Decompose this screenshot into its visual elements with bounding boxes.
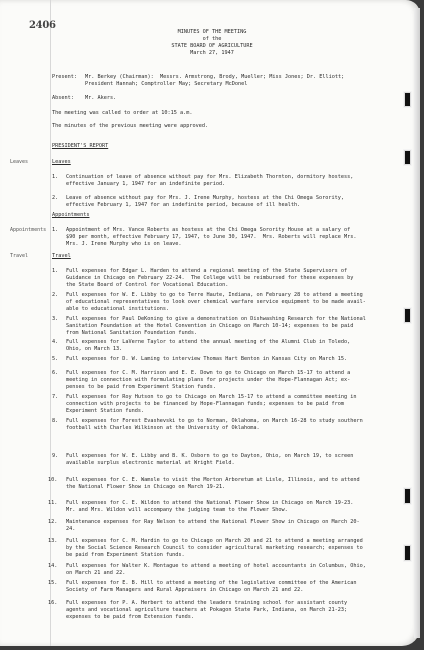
item-text-line: able to educational institutions. <box>66 306 169 313</box>
item-number: 1. <box>52 174 58 180</box>
item-text-line: effective January 1, 1947 for an indefin… <box>66 181 225 188</box>
item-text-line: football with Charles Wilkinson at the U… <box>66 425 260 432</box>
item-text-line: Full expenses for E. B. Hill to attend a… <box>66 580 356 587</box>
item-text-line: expenses to be paid from Extension funds… <box>66 614 194 621</box>
document-title: MINUTES OF THE MEETING of the STATE BOAR… <box>0 29 424 57</box>
item-number: 1. <box>52 268 58 274</box>
margin-label-leaves: Leaves <box>10 159 28 165</box>
tab-marker <box>404 545 411 561</box>
meeting-date: March 27, 1947 <box>0 50 424 57</box>
present-label: Present: <box>52 74 77 81</box>
item-number: 1. <box>52 227 58 233</box>
item-text-line: Sanitation Foundation at the Hotel Conve… <box>66 323 353 330</box>
item-text-line: Full expenses for W. E. Libby to go to T… <box>66 292 363 299</box>
item-text-line: by the Social Science Research Council t… <box>66 545 363 552</box>
item-text-line: Full expenses for Forest Evashevski to g… <box>66 418 363 425</box>
item-number: 10. <box>48 477 57 483</box>
item-number: 11. <box>48 500 57 506</box>
item-text-line: the State Board of Control for Vocationa… <box>66 282 228 289</box>
present-line-2: President Hannah; Comptroller May; Secre… <box>85 81 247 88</box>
item-text-line: 24. <box>66 526 75 533</box>
item-number: 6. <box>52 370 58 376</box>
tab-marker <box>404 488 411 504</box>
item-number: 14. <box>48 563 57 569</box>
item-number: 4. <box>52 339 58 345</box>
item-text-line: Full expenses for Paul DeKoning to give … <box>66 316 366 323</box>
item-text-line: on March 21 and 22. <box>66 570 125 577</box>
item-text-line: Guidance in Chicago on February 22-24. T… <box>66 275 353 282</box>
item-text-line: Mrs. J. Irene Murphy who is on leave. <box>66 241 182 248</box>
item-text-line: connection with projects to be financed … <box>66 401 344 408</box>
document-page: 2406 MINUTES OF THE MEETING of the STATE… <box>0 0 420 646</box>
margin-label-travel: Travel <box>10 253 28 259</box>
appointments-heading: Appointments <box>52 212 89 219</box>
item-number: 8. <box>52 418 58 424</box>
tab-marker <box>404 92 411 107</box>
tab-marker <box>404 308 411 323</box>
margin-rule <box>50 0 51 646</box>
item-text-line: Full expenses for W. E. Libby and B. K. … <box>66 453 353 460</box>
item-text-line: Full expenses for D. W. Laming to interv… <box>66 356 347 363</box>
page-edge-shadow <box>414 8 420 638</box>
item-text-line: Full expenses for P. A. Herbert to atten… <box>66 600 347 607</box>
leaves-heading: Leaves <box>52 159 71 166</box>
tab-marker <box>404 150 411 165</box>
item-text-line: Mr. and Mrs. Wildon will accompany the j… <box>66 507 288 514</box>
presidents-report-heading: PRESIDENT'S REPORT <box>52 143 108 150</box>
item-text-line: penses to be paid from Experiment Statio… <box>66 384 216 391</box>
item-text-line: Continuation of leave of absence without… <box>66 174 353 181</box>
item-text-line: Society of Farm Managers and Rural Appra… <box>66 587 303 594</box>
item-text-line: available surplus electronic material at… <box>66 460 235 467</box>
item-number: 15. <box>48 580 57 586</box>
item-text-line: Full expenses for C. M. Harrison and E. … <box>66 370 350 377</box>
minutes-approved: The minutes of the previous meeting were… <box>52 123 208 130</box>
margin-label-appointments: Appointments <box>10 227 46 233</box>
item-text-line: Full expenses for C. M. Hardin to go to … <box>66 538 363 545</box>
item-number: 7. <box>52 394 58 400</box>
item-text-line: Maintenance expenses for Ray Nelson to a… <box>66 519 360 526</box>
item-text-line: Full expenses for C. E. Wildon to attend… <box>66 500 353 507</box>
item-number: 13. <box>48 538 57 544</box>
item-text-line: Ohio, on March 13. <box>66 346 122 353</box>
item-number: 16. <box>48 600 57 606</box>
absent-value: Mr. Akers. <box>85 95 116 102</box>
item-text-line: Full expenses for Edgar L. Harden to att… <box>66 268 347 275</box>
item-text-line: from National Sanitation Foundation fund… <box>66 330 197 337</box>
title-line-1: MINUTES OF THE MEETING <box>0 29 424 36</box>
item-text-line: of educational representatives to look o… <box>66 299 366 306</box>
item-text-line: be paid from Experiment Station funds. <box>66 552 185 559</box>
travel-heading: Travel <box>52 253 71 260</box>
absent-label: Absent: <box>52 95 74 102</box>
title-line-2: of the <box>0 36 424 43</box>
item-number: 2. <box>52 292 58 298</box>
item-number: 12. <box>48 519 57 525</box>
item-text-line: Leave of absence without pay for Mrs. J.… <box>66 195 344 202</box>
item-text-line: agents and vocational agriculture teache… <box>66 607 347 614</box>
item-number: 3. <box>52 316 58 322</box>
item-text-line: Experiment Station funds. <box>66 408 144 415</box>
item-text-line: Full expenses for Roy Hutson to go to Ch… <box>66 394 356 401</box>
item-text-line: meeting in connection with formulating p… <box>66 377 350 384</box>
item-text-line: effective February 1, 1947 for an indefi… <box>66 202 300 209</box>
called-to-order: The meeting was called to order at 10:15… <box>52 110 193 117</box>
item-number: 2. <box>52 195 58 201</box>
item-text-line: Full expenses for C. E. Wamsle to visit … <box>66 477 360 484</box>
item-number: 5. <box>52 356 58 362</box>
item-text-line: Appointment of Mrs. Vance Roberts as hos… <box>66 227 350 234</box>
item-text-line: $90 per month, effective February 17, 19… <box>66 234 356 241</box>
item-text-line: Full expenses for Walter K. Montague to … <box>66 563 366 570</box>
item-text-line: the National Flower Show in Chicago on M… <box>66 484 225 491</box>
item-number: 9. <box>52 453 58 459</box>
title-line-3: STATE BOARD OF AGRICULTURE <box>0 43 424 50</box>
item-text-line: Full expenses for LaVerne Taylor to atte… <box>66 339 350 346</box>
